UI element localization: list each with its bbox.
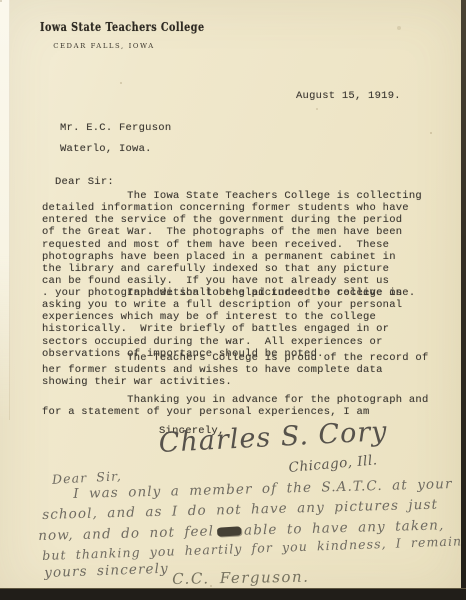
letterhead-college-name: Iowa State Teachers College bbox=[40, 20, 205, 34]
recipient-name: Mr. E.C. Ferguson bbox=[60, 122, 171, 134]
scan-edge-left bbox=[0, 0, 10, 420]
reply-line-5: yours sincerely bbox=[44, 561, 169, 581]
paper-speckles bbox=[0, 0, 2, 2]
date-line: August 15, 1919. bbox=[296, 90, 401, 102]
recipient-address: Waterlo, Iowa. bbox=[60, 143, 152, 155]
body-paragraph-1: The Iowa State Teachers College is colle… bbox=[42, 190, 422, 299]
body-paragraph-2: In addition to the pictures the college … bbox=[42, 287, 402, 360]
body-paragraph-3: The Teachers College is proud of the rec… bbox=[42, 352, 429, 388]
signature-charles-cory: Charles S. Cory bbox=[158, 416, 388, 459]
salutation: Dear Sir: bbox=[55, 176, 114, 188]
letterhead-location: CEDAR FALLS, IOWA bbox=[40, 42, 168, 50]
scan-edge-bottom bbox=[0, 588, 466, 600]
reply-signature: C.C. Ferguson. bbox=[172, 568, 310, 588]
scan-edge-right bbox=[461, 0, 466, 600]
reply-line-3-pre: now, and do not feel bbox=[38, 523, 214, 544]
body-paragraph-4: Thanking you in advance for the photogra… bbox=[42, 394, 429, 418]
scratched-out-word-blot bbox=[217, 526, 242, 536]
signature-city: Chicago, Ill. bbox=[288, 452, 378, 476]
letter-paper: Iowa State Teachers College CEDAR FALLS,… bbox=[0, 0, 466, 600]
